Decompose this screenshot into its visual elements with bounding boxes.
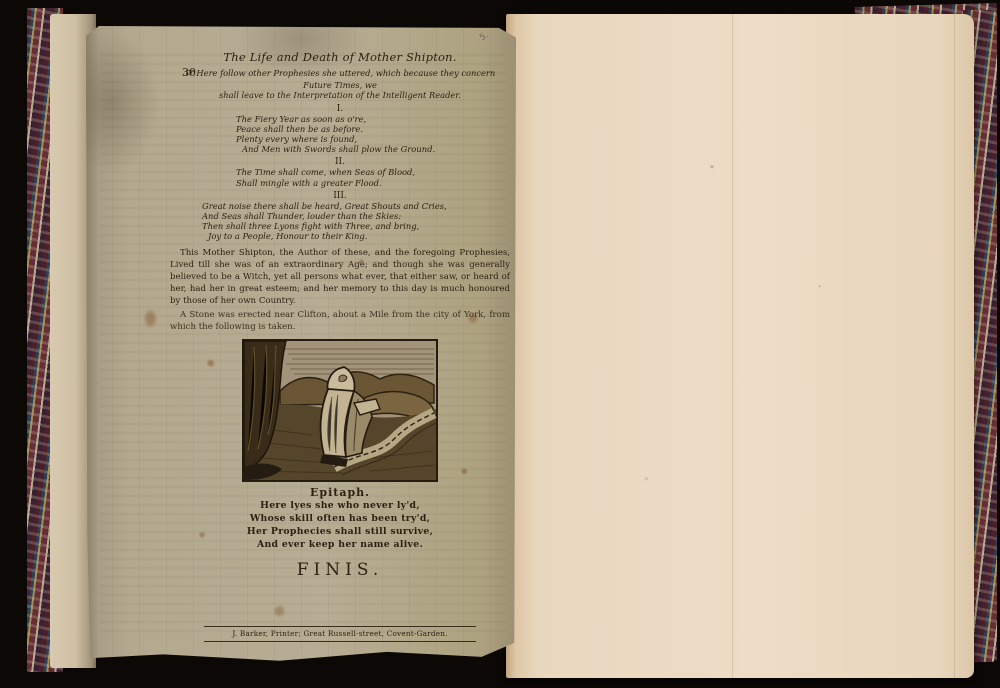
intro-note: ☞ Here follow other Prophesies she utter… bbox=[170, 68, 510, 101]
verse-line: Shall mingle with a greater Flood. bbox=[236, 178, 510, 188]
paragraph-stone-clifton: A Stone was erected near Clifton, about … bbox=[170, 309, 510, 333]
blank-right-page bbox=[506, 14, 974, 678]
epitaph-line: Whose skill often has been try'd, bbox=[170, 512, 510, 525]
pencil-annotation: 5. bbox=[478, 31, 490, 44]
verse-numeral: III. bbox=[170, 191, 510, 201]
verse-line: The Time shall come, when Seas of Blood, bbox=[236, 167, 510, 177]
printed-left-page: 5. 30 The Life and Death of Mother Shipt… bbox=[86, 26, 516, 662]
verse-line: Plenty every where is found, bbox=[236, 134, 510, 144]
verse-line: And Men with Swords shall plow the Groun… bbox=[242, 144, 510, 154]
verse-line: Peace shall then be as before. bbox=[236, 124, 510, 134]
intro-line2: shall leave to the Interpretation of the… bbox=[219, 90, 461, 100]
verse-numeral: I. bbox=[170, 104, 510, 114]
intro-line1: Here follow other Prophesies she uttered… bbox=[196, 68, 495, 90]
woodcut-illustration bbox=[242, 339, 438, 482]
verse-line: And Seas shall Thunder, louder than the … bbox=[202, 211, 510, 221]
verse-3: Great noise there shall be heard, Great … bbox=[202, 201, 510, 242]
epitaph-line: Her Prophecies shall still survive, bbox=[170, 525, 510, 538]
page-crease bbox=[954, 14, 955, 678]
page-number: 30 bbox=[182, 66, 196, 79]
verse-2: The Time shall come, when Seas of Blood,… bbox=[236, 167, 510, 187]
printer-imprint: J. Barker, Printer; Great Russell-street… bbox=[204, 626, 476, 642]
verse-line: The Fiery Year as soon as o're, bbox=[236, 114, 510, 124]
epitaph-line: Here lyes she who never ly'd, bbox=[170, 499, 510, 512]
epitaph-heading: Epitaph. bbox=[170, 486, 510, 499]
finis-label: FINIS. bbox=[170, 560, 510, 580]
verse-numeral: II. bbox=[170, 157, 510, 167]
epitaph-verse: Here lyes she who never ly'd, Whose skil… bbox=[170, 499, 510, 551]
verse-line: Great noise there shall be heard, Great … bbox=[202, 201, 510, 211]
running-title: The Life and Death of Mother Shipton. bbox=[170, 50, 510, 64]
book-photograph: 5. 30 The Life and Death of Mother Shipt… bbox=[0, 0, 1000, 688]
epitaph-line: And ever keep her name alive. bbox=[170, 538, 510, 551]
printed-text-block: 30 The Life and Death of Mother Shipton.… bbox=[170, 50, 510, 642]
verse-1: The Fiery Year as soon as o're, Peace sh… bbox=[236, 114, 510, 155]
paragraph-about-mother-shipton: This Mother Shipton, the Author of these… bbox=[170, 247, 510, 307]
verse-line: Joy to a People, Honour to their King. bbox=[208, 231, 510, 241]
page-crease bbox=[732, 14, 733, 678]
verse-line: Then shall three Lyons fight with Three,… bbox=[202, 221, 510, 231]
